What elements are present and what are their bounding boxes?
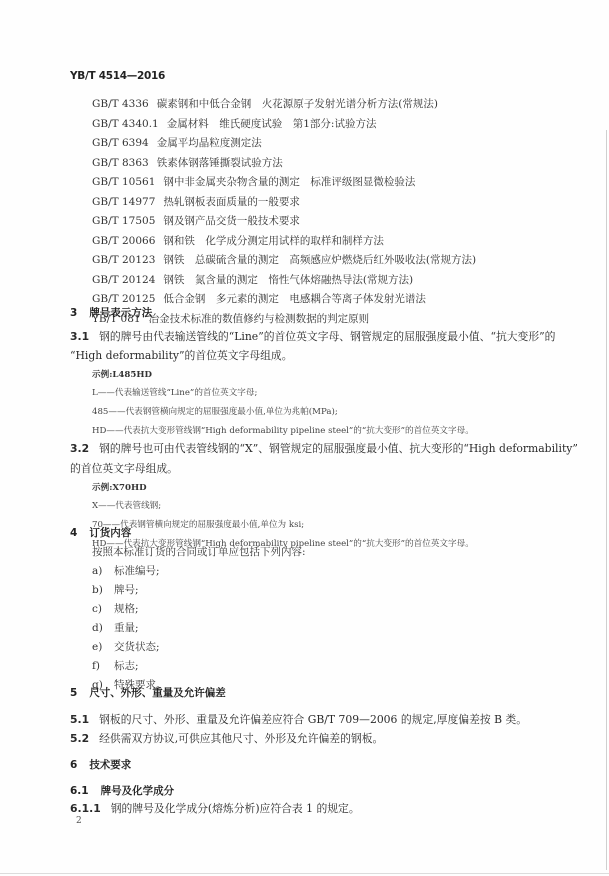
reference-title: 冶金技术标准的数值修约与检测数据的判定原则 xyxy=(149,313,370,325)
reference-code: GB/T 20124 xyxy=(92,273,155,287)
reference-item: GB/T 14977热轧钢板表面质量的一般要求 xyxy=(92,195,300,209)
reference-title: 金属平均晶粒度测定法 xyxy=(157,137,262,149)
page-edge-right xyxy=(606,130,607,870)
example-line: HD——代表抗大变形管线钢“High deformability pipelin… xyxy=(92,424,474,436)
example-title: 示例:X70HD xyxy=(92,481,147,493)
section-5-heading: 5尺寸、外形、重量及允许偏差 xyxy=(70,685,226,700)
reference-title: 钢及钢产品交货一般技术要求 xyxy=(163,215,300,227)
reference-code: GB/T 20123 xyxy=(92,253,155,267)
reference-title: 钢和铁 化学成分测定用试样的取样和制样方法 xyxy=(163,235,384,247)
reference-item: GB/T 8363铁素体钢落锤撕裂试验方法 xyxy=(92,156,283,170)
reference-code: GB/T 4336 xyxy=(92,97,149,111)
section-3-heading: 3牌号表示方法 xyxy=(70,305,152,320)
ordering-item: e)交货状态; xyxy=(92,639,160,654)
clause-3-1-continuation: “High deformability”的首位英文字母组成。 xyxy=(70,348,293,363)
reference-title: 钢铁 总碳硫含量的测定 高频感应炉燃烧后红外吸收法(常规方法) xyxy=(163,254,476,266)
ordering-item: c)规格; xyxy=(92,601,139,616)
reference-title: 铁素体钢落锤撕裂试验方法 xyxy=(157,157,283,169)
reference-item: GB/T 4336碳素钢和中低合金钢 火花源原子发射光谱分析方法(常规法) xyxy=(92,97,438,111)
clause-3-2: 3.2钢的牌号也可由代表管线钢的“X”、钢管规定的屈服强度最小值、抗大变形的“H… xyxy=(70,441,578,456)
reference-code: GB/T 17505 xyxy=(92,214,155,228)
reference-title: 钢铁 氮含量的测定 惰性气体熔融热导法(常规方法) xyxy=(163,274,413,286)
ordering-item: d)重量; xyxy=(92,620,139,635)
reference-code: GB/T 4340.1 xyxy=(92,117,159,131)
clause-5-1: 5.1钢板的尺寸、外形、重量及允许偏差应符合 GB/T 709—2006 的规定… xyxy=(70,712,527,727)
clause-5-2: 5.2经供需双方协议,可供应其他尺寸、外形及允许偏差的钢板。 xyxy=(70,731,383,746)
reference-code: GB/T 6394 xyxy=(92,136,149,150)
ordering-item: b)牌号; xyxy=(92,582,139,597)
section-6-heading: 6技术要求 xyxy=(70,757,131,772)
reference-title: 热轧钢板表面质量的一般要求 xyxy=(163,196,300,208)
reference-code: GB/T 8363 xyxy=(92,156,149,170)
clause-6-1-heading: 6.1牌号及化学成分 xyxy=(70,783,174,798)
section-4-heading: 4订货内容 xyxy=(70,525,131,540)
ordering-intro: 按照本标准订货的合同或订单应包括下列内容: xyxy=(92,544,306,559)
ordering-item: f)标志; xyxy=(92,658,139,673)
example-line: 485——代表钢管横向规定的屈服强度最小值,单位为兆帕(MPa); xyxy=(92,405,338,417)
reference-item: GB/T 20066钢和铁 化学成分测定用试样的取样和制样方法 xyxy=(92,234,384,248)
clause-3-1: 3.1钢的牌号由代表输送管线的“Line”的首位英文字母、钢管规定的屈服强度最小… xyxy=(70,329,555,344)
reference-title: 碳素钢和中低合金钢 火花源原子发射光谱分析方法(常规法) xyxy=(157,98,438,110)
reference-item: GB/T 6394金属平均晶粒度测定法 xyxy=(92,136,262,150)
clause-6-1-1: 6.1.1钢的牌号及化学成分(熔炼分析)应符合表 1 的规定。 xyxy=(70,801,360,816)
reference-item: GB/T 20124钢铁 氮含量的测定 惰性气体熔融热导法(常规方法) xyxy=(92,273,413,287)
reference-code: GB/T 20066 xyxy=(92,234,155,248)
reference-item: GB/T 17505钢及钢产品交货一般技术要求 xyxy=(92,214,300,228)
reference-title: 金属材料 维氏硬度试验 第1部分:试验方法 xyxy=(167,118,377,130)
reference-item: GB/T 4340.1金属材料 维氏硬度试验 第1部分:试验方法 xyxy=(92,117,376,131)
clause-3-2-continuation: 的首位英文字母组成。 xyxy=(70,461,178,476)
ordering-item: a)标准编号; xyxy=(92,563,160,578)
page-edge-bottom xyxy=(0,873,609,874)
example-line: L——代表输送管线“Line”的首位英文字母; xyxy=(92,386,257,398)
reference-item: GB/T 20125低合金钢 多元素的测定 电感耦合等离子体发射光谱法 xyxy=(92,292,426,306)
reference-item: GB/T 20123钢铁 总碳硫含量的测定 高频感应炉燃烧后红外吸收法(常规方法… xyxy=(92,253,476,267)
reference-code: GB/T 20125 xyxy=(92,292,155,306)
reference-title: 低合金钢 多元素的测定 电感耦合等离子体发射光谱法 xyxy=(163,293,426,305)
document-page: YB/T 4514—2016 GB/T 4336碳素钢和中低合金钢 火花源原子发… xyxy=(0,0,609,876)
reference-item: GB/T 10561钢中非金属夹杂物含量的测定 标准评级图显微检验法 xyxy=(92,175,415,189)
standard-id-header: YB/T 4514—2016 xyxy=(70,70,165,82)
page-number: 2 xyxy=(76,816,82,826)
example-line: X——代表管线钢; xyxy=(92,499,161,511)
reference-code: GB/T 10561 xyxy=(92,175,155,189)
example-title: 示例:L485HD xyxy=(92,368,152,380)
reference-code: GB/T 14977 xyxy=(92,195,155,209)
reference-title: 钢中非金属夹杂物含量的测定 标准评级图显微检验法 xyxy=(163,176,415,188)
